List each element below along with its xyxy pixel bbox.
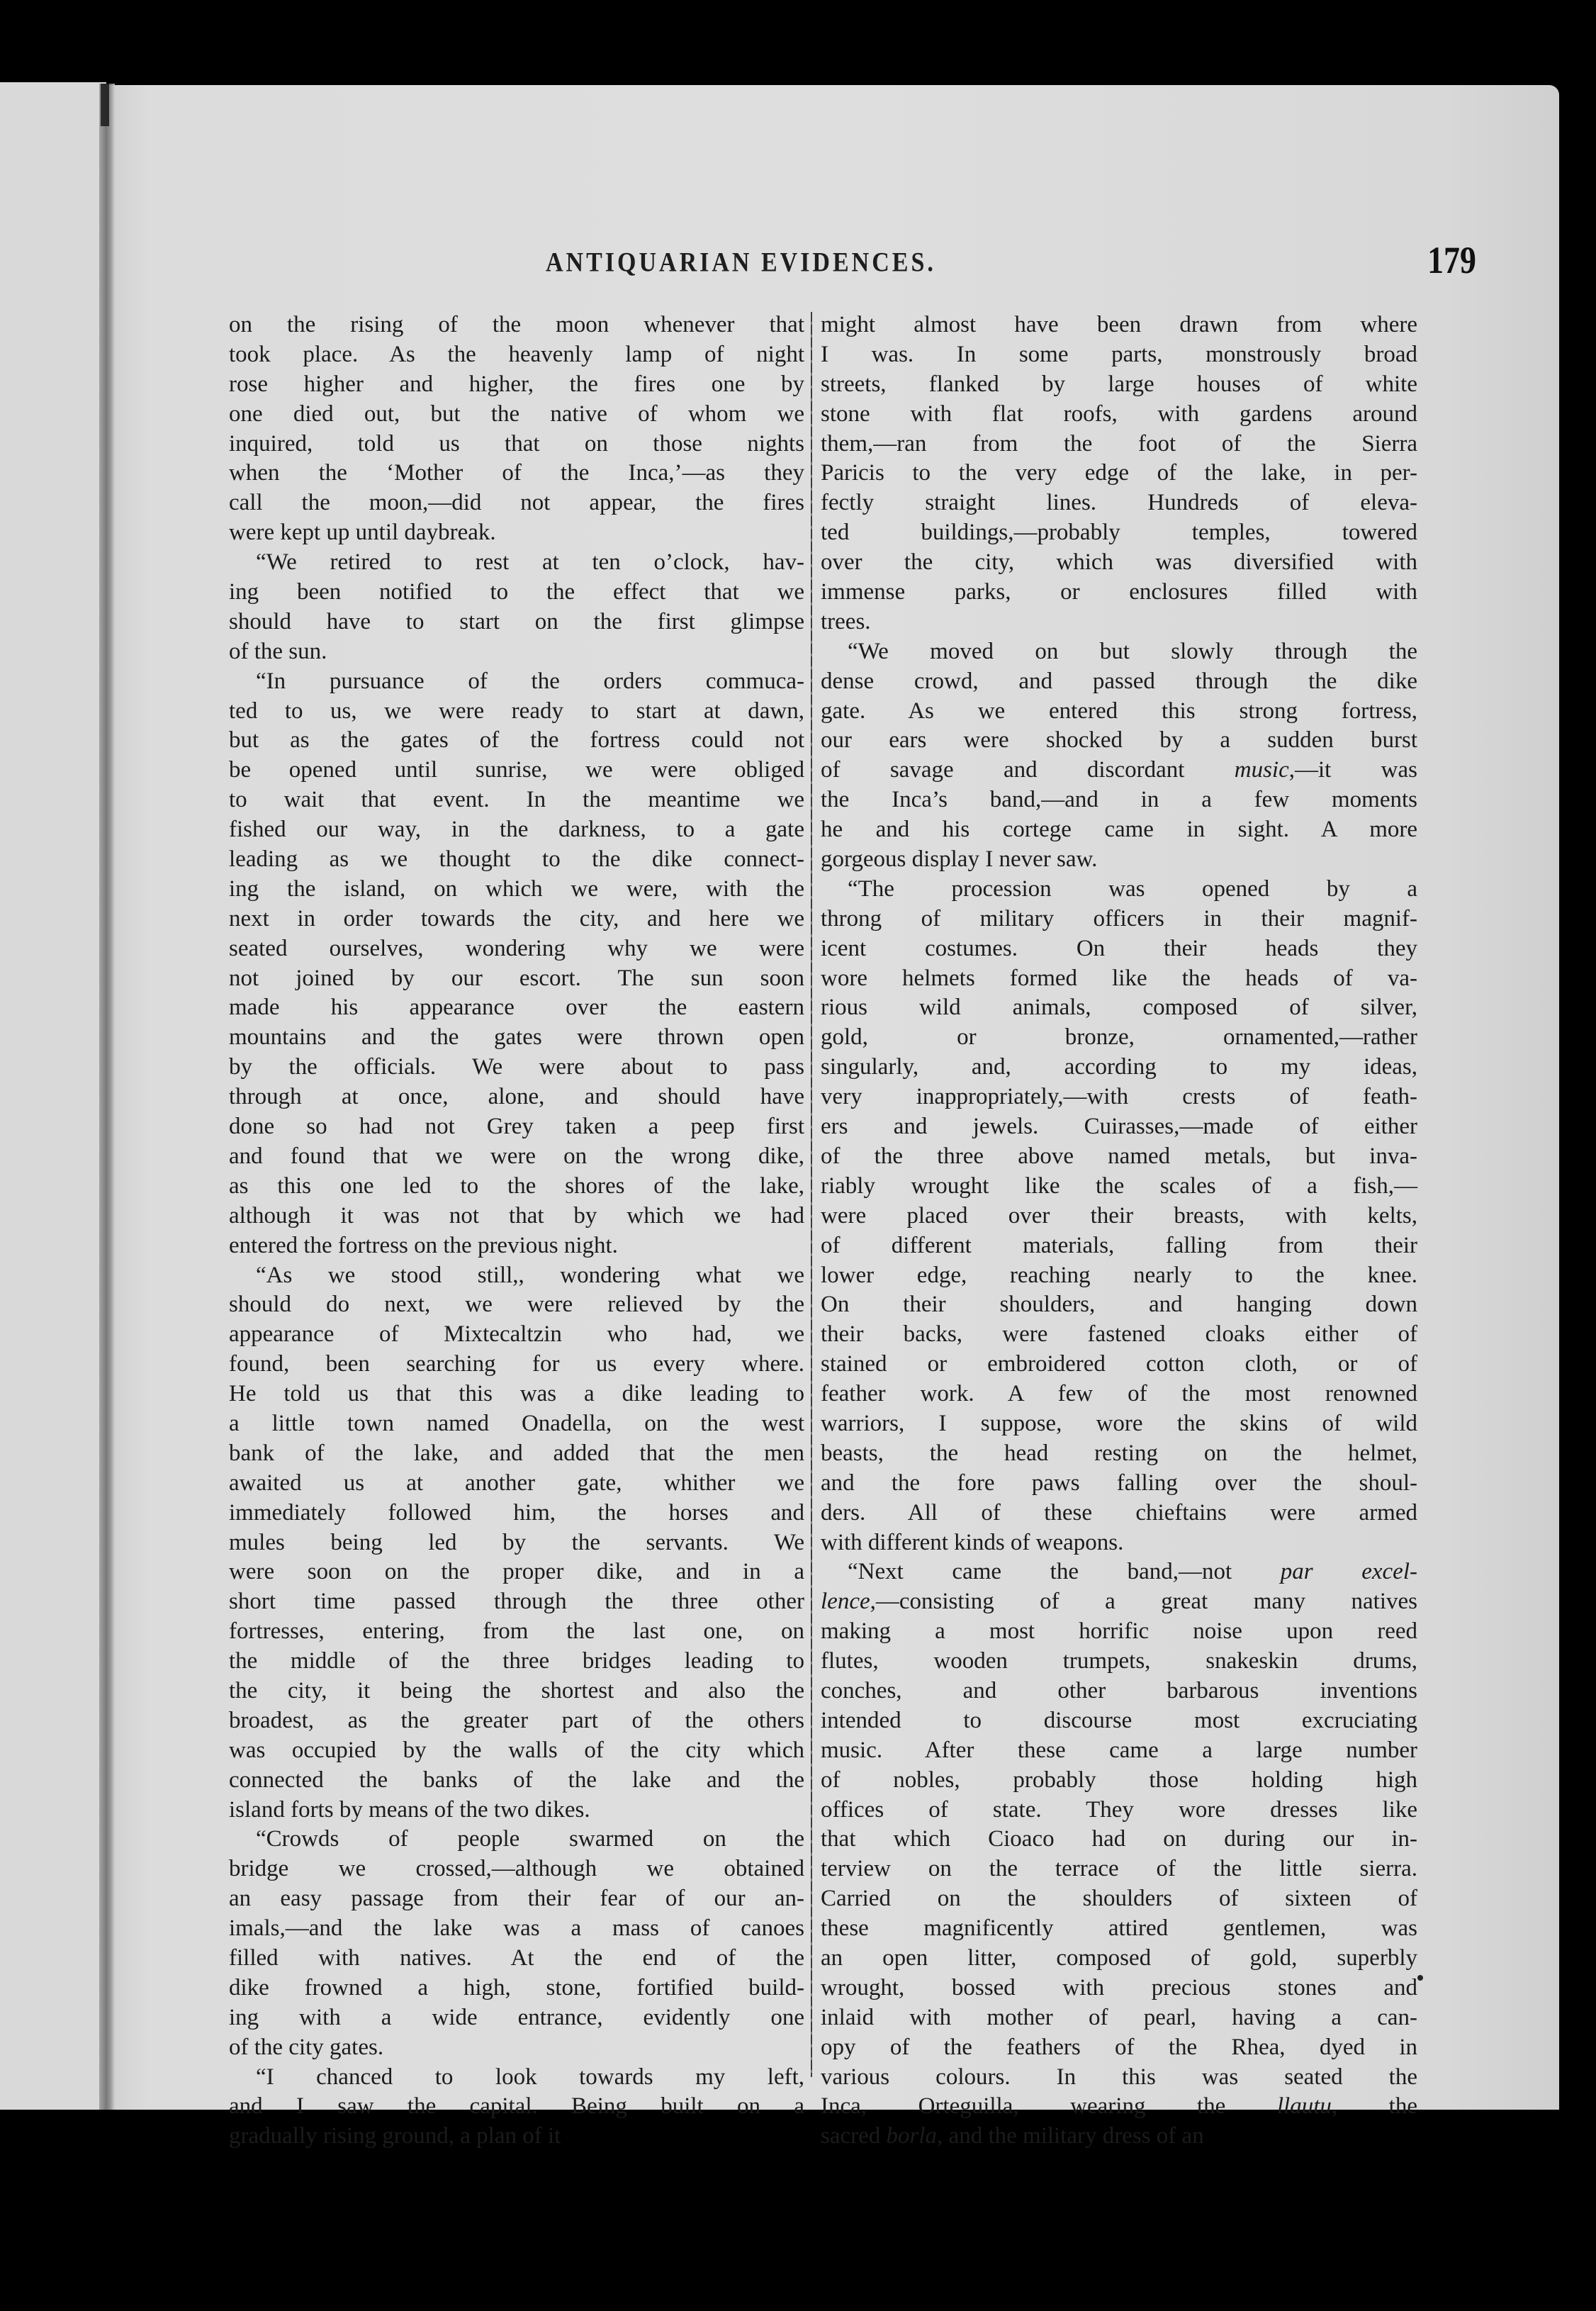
text-line: I was. In some parts, monstrously broad xyxy=(821,340,1417,370)
text-line: were placed over their breasts, with kel… xyxy=(821,1202,1417,1231)
running-head: ANTIQUARIAN EVIDENCES. xyxy=(546,247,1113,279)
text-line: gradually rising ground, a plan of it xyxy=(229,2122,804,2151)
text-line: very inappropriately,—with crests of fea… xyxy=(821,1082,1417,1112)
text-line: made his appearance over the eastern xyxy=(229,993,804,1023)
text-line: and found that we were on the wrong dike… xyxy=(229,1142,804,1172)
text-line: opy of the feathers of the Rhea, dyed in xyxy=(821,2033,1417,2063)
text-line: done so had not Grey taken a peep first xyxy=(229,1112,804,1142)
text-line: and I saw the capital. Being built on a xyxy=(229,2092,804,2122)
text-line: was occupied by the walls of the city wh… xyxy=(229,1736,804,1766)
binding-fold-shadow xyxy=(99,84,115,2110)
text-line: were kept up until daybreak. xyxy=(229,518,804,548)
text-line: rose higher and higher, the fires one by xyxy=(229,370,804,400)
text-line: although it was not that by which we had xyxy=(229,1202,804,1231)
text-line: he and his cortege came in sight. A more xyxy=(821,815,1417,845)
text-line: dense crowd, and passed through the dike xyxy=(821,667,1417,697)
text-line: fished our way, in the darkness, to a ga… xyxy=(229,815,804,845)
text-line: conches, and other barbarous inventions xyxy=(821,1677,1417,1706)
text-line: should do next, we were relieved by the xyxy=(229,1290,804,1320)
text-line: ing with a wide entrance, evidently one xyxy=(229,2003,804,2033)
page-number: 179 xyxy=(1427,238,1476,282)
previous-page-edge xyxy=(0,82,106,2110)
text-line: should have to start on the first glimps… xyxy=(229,608,804,637)
text-line: leading as we thought to the dike connec… xyxy=(229,845,804,875)
text-line: entered the fortress on the previous nig… xyxy=(229,1231,804,1261)
text-line: inquired, told us that on those nights xyxy=(229,430,804,459)
italic-term: llautu xyxy=(1277,2093,1332,2119)
text-line: ers and jewels. Cuirasses,—made of eithe… xyxy=(821,1112,1417,1142)
text-line: fectly straight lines. Hundreds of eleva… xyxy=(821,488,1417,518)
text-line: “We moved on but slowly through the xyxy=(821,637,1417,667)
text-line: wore helmets formed like the heads of va… xyxy=(821,964,1417,994)
text-line: of savage and discordant music,—it was xyxy=(821,756,1417,785)
text-line: were soon on the proper dike, and in a xyxy=(229,1557,804,1587)
text-line: short time passed through the three othe… xyxy=(229,1587,804,1617)
text-line: flutes, wooden trumpets, snakeskin drums… xyxy=(821,1647,1417,1677)
text-line: but as the gates of the fortress could n… xyxy=(229,726,804,756)
text-line: gorgeous display I never saw. xyxy=(821,845,1417,875)
text-line: stone with flat roofs, with gardens arou… xyxy=(821,400,1417,430)
italic-term: par excel- xyxy=(1281,1559,1417,1584)
text-line: ing been notified to the effect that we xyxy=(229,578,804,608)
italic-term: music xyxy=(1235,757,1289,783)
column-rule xyxy=(811,312,812,2077)
text-line: “In pursuance of the orders commuca- xyxy=(229,667,804,697)
text-line: dike frowned a high, stone, fortified bu… xyxy=(229,1974,804,2003)
text-line: throng of military officers in their mag… xyxy=(821,905,1417,934)
text-line: not joined by our escort. The sun soon xyxy=(229,964,804,994)
text-line: seated ourselves, wondering why we were xyxy=(229,934,804,964)
text-line: inlaid with mother of pearl, having a ca… xyxy=(821,2003,1417,2033)
text-line: icent costumes. On their heads they xyxy=(821,934,1417,964)
text-line: mules being led by the servants. We xyxy=(229,1528,804,1558)
text-line: ted to us, we were ready to start at daw… xyxy=(229,697,804,727)
text-line: Paricis to the very edge of the lake, in… xyxy=(821,459,1417,488)
text-line: through at once, alone, and should have xyxy=(229,1082,804,1112)
text-line: intended to discourse most excruciating xyxy=(821,1706,1417,1736)
text-line: riably wrought like the scales of a fish… xyxy=(821,1172,1417,1202)
text-line: ing the island, on which we were, with t… xyxy=(229,875,804,905)
text-line: our ears were shocked by a sudden burst xyxy=(821,726,1417,756)
text-line: warriors, I suppose, wore the skins of w… xyxy=(821,1409,1417,1439)
text-line: broadest, as the greater part of the oth… xyxy=(229,1706,804,1736)
text-line: terview on the terrace of the little sie… xyxy=(821,1854,1417,1884)
text-line: one died out, but the native of whom we xyxy=(229,400,804,430)
text-line: immense parks, or enclosures filled with xyxy=(821,578,1417,608)
text-line: when the ‘Mother of the Inca,’—as they xyxy=(229,459,804,488)
text-line: and the fore paws falling over the shoul… xyxy=(821,1469,1417,1499)
text-line: rious wild animals, composed of silver, xyxy=(821,993,1417,1023)
text-line: “Next came the band,—not par excel- xyxy=(821,1557,1417,1587)
text-line: to wait that event. In the meantime we xyxy=(229,785,804,815)
text-line: stained or embroidered cotton cloth, or … xyxy=(821,1350,1417,1380)
text-line: gold, or bronze, ornamented,—rather xyxy=(821,1023,1417,1053)
text-line: feather work. A few of the most renowned xyxy=(821,1380,1417,1409)
text-line: of different materials, falling from the… xyxy=(821,1231,1417,1261)
text-line: trees. xyxy=(821,608,1417,637)
italic-term: lence xyxy=(821,1589,870,1614)
text-line: singularly, and, according to my ideas, xyxy=(821,1053,1417,1082)
text-line: “Crowds of people swarmed on the xyxy=(229,1825,804,1854)
text-line: making a most horrific noise upon reed xyxy=(821,1617,1417,1647)
text-line: various colours. In this was seated the xyxy=(821,2063,1417,2093)
text-line: filled with natives. At the end of the xyxy=(229,1944,804,1974)
text-line: beasts, the head resting on the helmet, xyxy=(821,1439,1417,1469)
text-line: immediately followed him, the horses and xyxy=(229,1499,804,1528)
text-line: appearance of Mixtecaltzin who had, we xyxy=(229,1320,804,1350)
text-line: of nobles, probably those holding high xyxy=(821,1766,1417,1796)
text-line: them,—ran from the foot of the Sierra xyxy=(821,430,1417,459)
text-line: a little town named Onadella, on the wes… xyxy=(229,1409,804,1439)
text-line: these magnificently attired gentlemen, w… xyxy=(821,1914,1417,1944)
text-line: an easy passage from their fear of our a… xyxy=(229,1884,804,1914)
text-line: sacred borla, and the military dress of … xyxy=(821,2122,1417,2151)
text-line: with different kinds of weapons. xyxy=(821,1528,1417,1558)
text-line: streets, flanked by large houses of whit… xyxy=(821,370,1417,400)
text-line: awaited us at another gate, whither we xyxy=(229,1469,804,1499)
text-line: gate. As we entered this strong fortress… xyxy=(821,697,1417,727)
right-text-column: might almost have been drawn from whereI… xyxy=(821,310,1417,2151)
text-line: lence,—consisting of a great many native… xyxy=(821,1587,1417,1617)
text-line: call the moon,—did not appear, the fires xyxy=(229,488,804,518)
text-line: of the sun. xyxy=(229,637,804,667)
text-line: He told us that this was a dike leading … xyxy=(229,1380,804,1409)
text-line: music. After these came a large number xyxy=(821,1736,1417,1766)
text-line: by the officials. We were about to pass xyxy=(229,1053,804,1082)
text-line: ders. All of these chieftains were armed xyxy=(821,1499,1417,1528)
text-line: mountains and the gates were thrown open xyxy=(229,1023,804,1053)
text-line: that which Cioaco had on during our in- xyxy=(821,1825,1417,1854)
text-line: lower edge, reaching nearly to the knee. xyxy=(821,1261,1417,1291)
text-line: of the three above named metals, but inv… xyxy=(821,1142,1417,1172)
text-line: island forts by means of the two dikes. xyxy=(229,1796,804,1825)
text-line: as this one led to the shores of the lak… xyxy=(229,1172,804,1202)
text-line: On their shoulders, and hanging down xyxy=(821,1290,1417,1320)
text-line: connected the banks of the lake and the xyxy=(229,1766,804,1796)
text-line: found, been searching for us every where… xyxy=(229,1350,804,1380)
text-line: Carried on the shoulders of sixteen of xyxy=(821,1884,1417,1914)
text-line: fortresses, entering, from the last one,… xyxy=(229,1617,804,1647)
ink-speck xyxy=(1417,1975,1423,1981)
text-line: the Inca’s band,—and in a few moments xyxy=(821,785,1417,815)
binding-gap xyxy=(101,84,109,126)
text-line: the middle of the three bridges leading … xyxy=(229,1647,804,1677)
text-line: bridge we crossed,—although we obtained xyxy=(229,1854,804,1884)
text-line: “We retired to rest at ten o’clock, hav- xyxy=(229,548,804,578)
text-line: their backs, were fastened cloaks either… xyxy=(821,1320,1417,1350)
text-line: “I chanced to look towards my left, xyxy=(229,2063,804,2093)
left-text-column: on the rising of the moon whenever thatt… xyxy=(229,310,804,2151)
italic-term: borla xyxy=(887,2123,938,2149)
text-line: over the city, which was diversified wit… xyxy=(821,548,1417,578)
text-line: the city, it being the shortest and also… xyxy=(229,1677,804,1706)
text-line: “As we stood still,, wondering what we xyxy=(229,1261,804,1291)
text-line: an open litter, composed of gold, superb… xyxy=(821,1944,1417,1974)
text-line: Inca, Orteguilla, wearing the llautu, th… xyxy=(821,2092,1417,2122)
text-line: took place. As the heavenly lamp of nigh… xyxy=(229,340,804,370)
text-line: on the rising of the moon whenever that xyxy=(229,310,804,340)
text-line: offices of state. They wore dresses like xyxy=(821,1796,1417,1825)
text-line: ted buildings,—probably temples, towered xyxy=(821,518,1417,548)
text-line: “The procession was opened by a xyxy=(821,875,1417,905)
text-line: next in order towards the city, and here… xyxy=(229,905,804,934)
text-line: of the city gates. xyxy=(229,2033,804,2063)
text-line: might almost have been drawn from where xyxy=(821,310,1417,340)
text-line: wrought, bossed with precious stones and xyxy=(821,1974,1417,2003)
text-line: be opened until sunrise, we were obliged xyxy=(229,756,804,785)
text-line: bank of the lake, and added that the men xyxy=(229,1439,804,1469)
text-line: imals,—and the lake was a mass of canoes xyxy=(229,1914,804,1944)
